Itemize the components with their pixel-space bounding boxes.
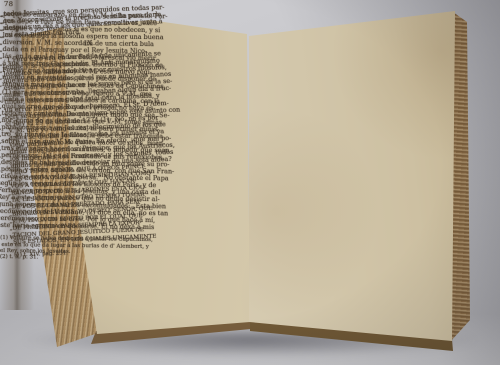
photo-backdrop: 78 „pequeño embarazo, en que V. M. le ha…	[0, 0, 500, 365]
open-book: 78 „pequeño embarazo, en que V. M. le ha…	[0, 0, 500, 365]
right-page-footnotes: (1) t. XIV. pag. 251.	[11, 246, 187, 260]
book-gutter-shadow	[0, 0, 34, 310]
footnote-line: (1) t. XIV. pag. 251.	[11, 246, 187, 260]
